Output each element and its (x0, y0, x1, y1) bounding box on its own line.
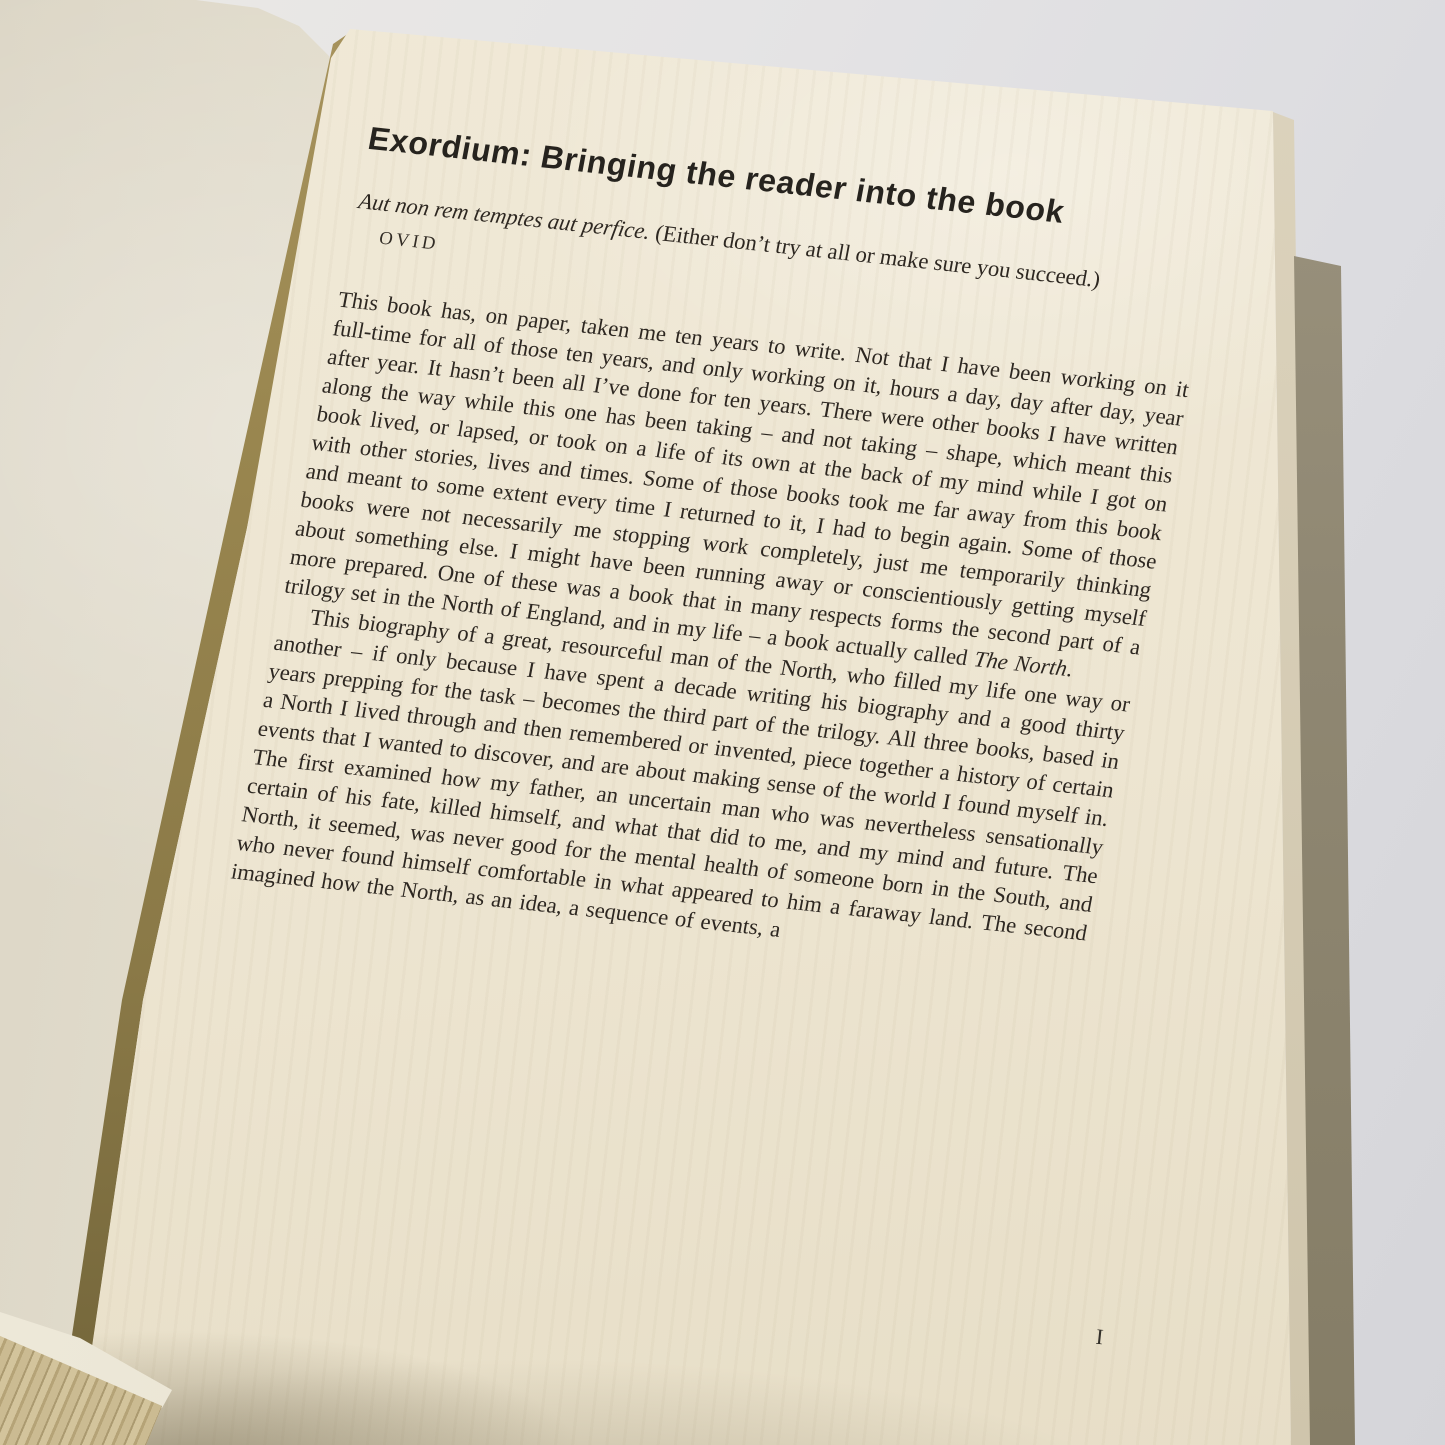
body-paragraphs: This book has, on paper, taken me ten ye… (229, 284, 1192, 975)
page-text: Exordium: Bringing the reader into the b… (229, 120, 1222, 976)
book-photo: Exordium: Bringing the reader into the b… (0, 0, 1445, 1445)
